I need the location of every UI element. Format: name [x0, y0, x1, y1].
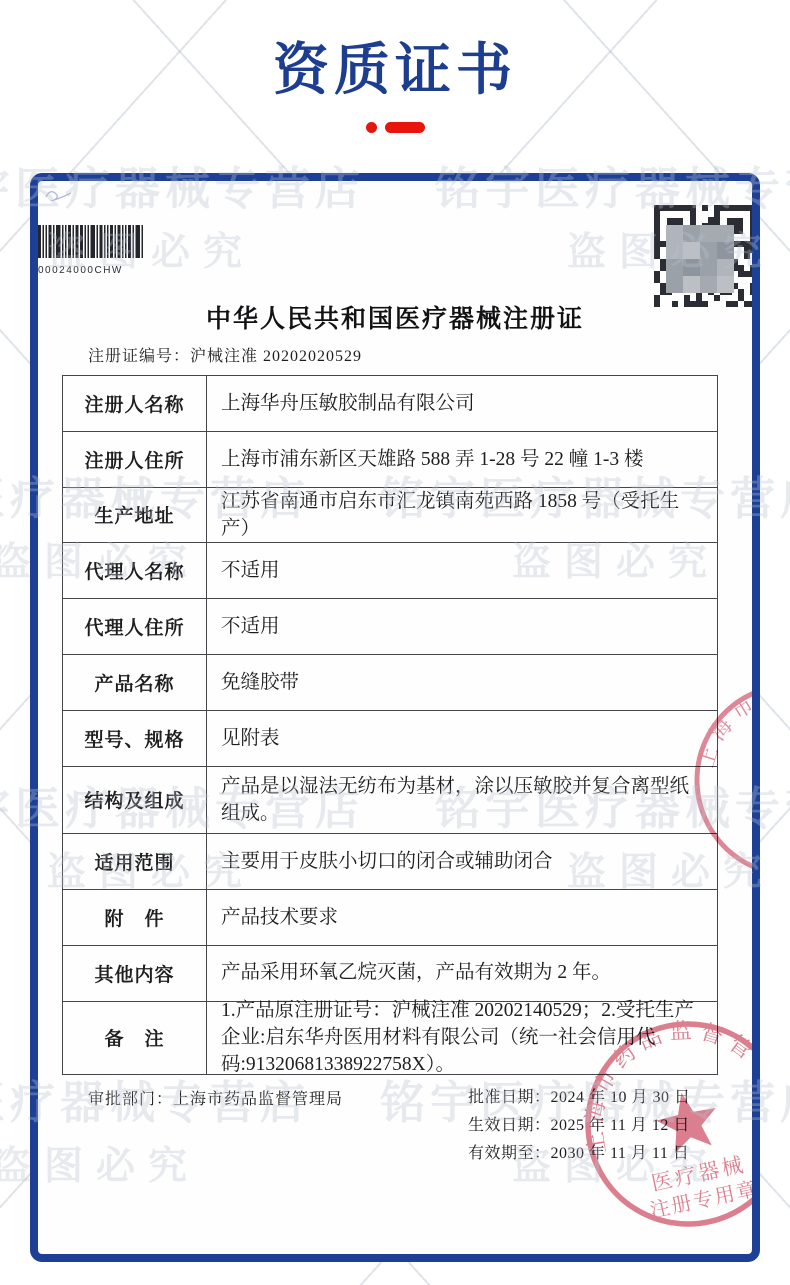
row-label: 生产地址	[63, 488, 207, 543]
row-label: 其他内容	[63, 946, 207, 1001]
row-value: 免缝胶带	[207, 655, 717, 710]
barcode: 00024000CHW	[38, 225, 150, 276]
row-value: 主要用于皮肤小切口的闭合或辅助闭合	[207, 834, 717, 889]
table-row: 注册人名称上海华舟压敏胶制品有限公司	[63, 376, 717, 431]
row-label: 备 注	[63, 1002, 207, 1074]
title-divider	[0, 122, 790, 133]
row-value: 江苏省南通市启东市汇龙镇南苑西路 1858 号（受托生产）	[207, 488, 717, 543]
registration-number-label: 注册证编号：	[88, 348, 190, 365]
row-label: 产品名称	[63, 655, 207, 710]
table-row: 产品名称免缝胶带	[63, 654, 717, 710]
registration-seal-icon: 上海市药品监督管理局 医疗器械 注册专用章	[568, 1004, 760, 1244]
row-label: 结构及组成	[63, 767, 207, 834]
qr-code-icon	[654, 205, 756, 307]
approval-department: 审批部门：上海市药品监督管理局	[88, 1086, 343, 1109]
certificate-title: 中华人民共和国医疗器械注册证	[38, 299, 752, 335]
ink-smudge-icon	[42, 185, 82, 209]
registration-number: 注册证编号：沪械注准 20202020529	[88, 343, 362, 366]
row-value: 上海市浦东新区天雄路 588 弄 1-28 号 22 幢 1-3 楼	[207, 432, 717, 487]
table-row: 生产地址江苏省南通市启东市汇龙镇南苑西路 1858 号（受托生产）	[63, 487, 717, 543]
table-row: 其他内容产品采用环氧乙烷灭菌，产品有效期为 2 年。	[63, 945, 717, 1001]
row-label: 代理人住所	[63, 599, 207, 654]
divider-dot-icon	[366, 122, 377, 133]
page-title: 资质证书	[0, 26, 790, 106]
row-label: 附 件	[63, 890, 207, 945]
row-value: 见附表	[207, 711, 717, 766]
certificate-scan: 00024000CHW 中华人民共和国医疗器械注册证 注册证编号：沪械注准 20…	[30, 173, 760, 1262]
divider-dash-icon	[385, 122, 425, 133]
registration-number-value: 沪械注准 20202020529	[190, 348, 362, 365]
row-value: 产品是以湿法无纺布为基材，涂以压敏胶并复合离型纸组成。	[207, 767, 717, 834]
table-row: 结构及组成产品是以湿法无纺布为基材，涂以压敏胶并复合离型纸组成。	[63, 766, 717, 834]
table-row: 代理人住所不适用	[63, 598, 717, 654]
row-value: 不适用	[207, 599, 717, 654]
table-row: 适用范围主要用于皮肤小切口的闭合或辅助闭合	[63, 833, 717, 889]
approval-value: 上海市药品监督管理局	[173, 1091, 343, 1108]
svg-text:上海市药品监督管理局: 上海市药品监督管理局	[568, 1004, 760, 1157]
svg-text:上海市药品监督管理局: 上海市药品监督管理局	[693, 670, 760, 824]
row-value: 不适用	[207, 543, 717, 598]
row-label: 代理人名称	[63, 543, 207, 598]
row-value: 上海华舟压敏胶制品有限公司	[207, 376, 717, 431]
certificate-table: 注册人名称上海华舟压敏胶制品有限公司注册人住所上海市浦东新区天雄路 588 弄 …	[62, 375, 718, 1075]
row-label: 注册人名称	[63, 376, 207, 431]
table-row: 注册人住所上海市浦东新区天雄路 588 弄 1-28 号 22 幢 1-3 楼	[63, 431, 717, 487]
official-seal-partial-icon: 上海市药品监督管理局	[682, 670, 760, 890]
table-row: 代理人名称不适用	[63, 542, 717, 598]
approval-label: 审批部门：	[88, 1091, 173, 1108]
row-label: 注册人住所	[63, 432, 207, 487]
row-value: 产品采用环氧乙烷灭菌，产品有效期为 2 年。	[207, 946, 717, 1001]
table-row: 型号、规格见附表	[63, 710, 717, 766]
row-label: 型号、规格	[63, 711, 207, 766]
qualification-certificate-page: 资质证书 00024000CHW 中华人民共和国医疗器械注册证 注册证编号：沪械…	[0, 0, 790, 1285]
barcode-number: 00024000CHW	[38, 265, 150, 276]
row-label: 适用范围	[63, 834, 207, 889]
row-value: 产品技术要求	[207, 890, 717, 945]
barcode-icon	[38, 225, 148, 258]
table-row: 附 件产品技术要求	[63, 889, 717, 945]
